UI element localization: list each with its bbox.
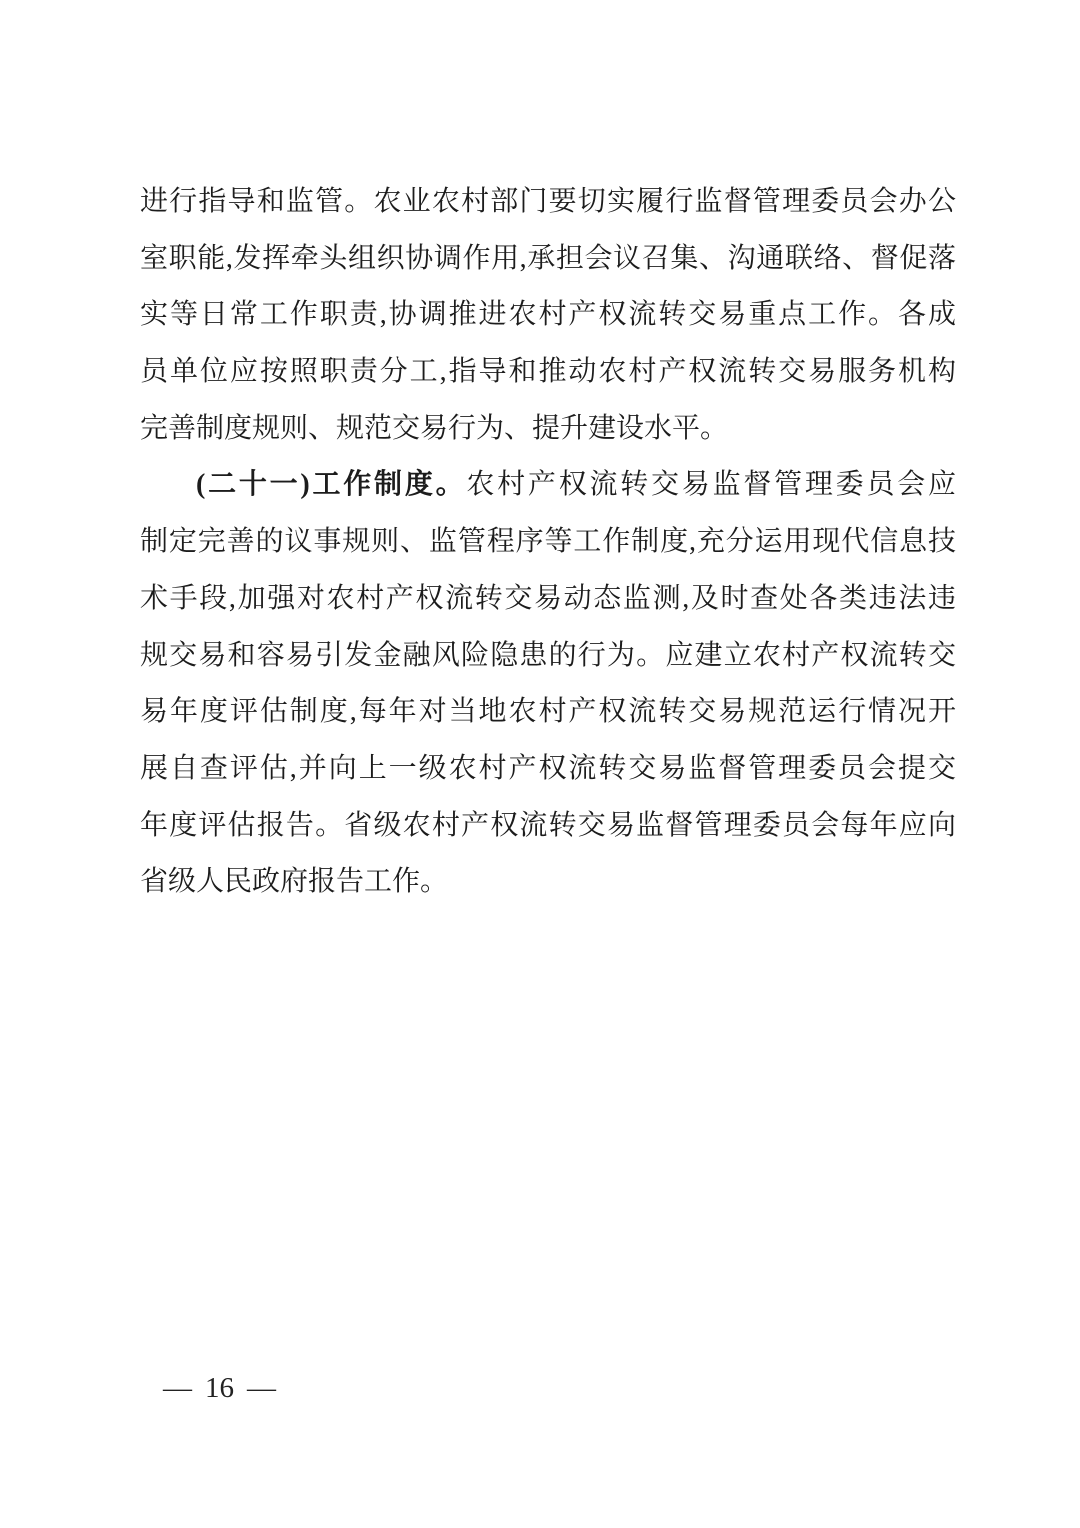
line-text: 进行指导和监管。农业农村部门要切实履行监督管理委员会办公 (140, 186, 956, 217)
line-text: 制定完善的议事规则、监管程序等工作制度,充分运用现代信息技 (140, 526, 956, 557)
line-text: 员单位应按照职责分工,指导和推动农村产权流转交易服务机构 (140, 356, 956, 387)
line-text: 规交易和容易引发金融风险隐患的行为。应建立农村产权流转交 (140, 640, 956, 671)
line-text: 年度评估报告。省级农村产权流转交易监督管理委员会每年应向 (140, 810, 956, 841)
line-text: 完善制度规则、规范交易行为、提升建设水平。 (140, 413, 728, 444)
text-line: 术手段,加强对农村产权流转交易动态监测,及时查处各类违法违 (140, 571, 956, 628)
text-line: 实等日常工作职责,协调推进农村产权流转交易重点工作。各成 (140, 287, 956, 344)
footer-left-dash: — (163, 1372, 192, 1405)
footer-right-dash: — (247, 1372, 276, 1405)
line-text: 农村产权流转交易监督管理委员会应 (466, 469, 956, 500)
page-number: 16 (205, 1372, 234, 1405)
text-line: 省级人民政府报告工作。 (140, 854, 956, 911)
text-line: (二十一)工作制度。农村产权流转交易监督管理委员会应 (140, 457, 956, 514)
line-text: 术手段,加强对农村产权流转交易动态监测,及时查处各类违法违 (140, 583, 956, 614)
line-text: 省级人民政府报告工作。 (140, 866, 448, 897)
text-line: 易年度评估制度,每年对当地农村产权流转交易规范运行情况开 (140, 684, 956, 741)
text-line: 制定完善的议事规则、监管程序等工作制度,充分运用现代信息技 (140, 514, 956, 571)
text-line: 室职能,发挥牵头组织协调作用,承担会议召集、沟通联络、督促落 (140, 231, 956, 288)
line-text: 室职能,发挥牵头组织协调作用,承担会议召集、沟通联络、督促落 (140, 243, 956, 274)
paragraph-lead-bold: (二十一)工作制度。 (196, 469, 466, 500)
text-line: 年度评估报告。省级农村产权流转交易监督管理委员会每年应向 (140, 798, 956, 855)
line-text: 实等日常工作职责,协调推进农村产权流转交易重点工作。各成 (140, 299, 956, 330)
document-page: 进行指导和监管。农业农村部门要切实履行监督管理委员会办公室职能,发挥牵头组织协调… (0, 0, 1080, 1528)
line-text: 展自查评估,并向上一级农村产权流转交易监督管理委员会提交 (140, 753, 956, 784)
text-line: 规交易和容易引发金融风险隐患的行为。应建立农村产权流转交 (140, 628, 956, 685)
text-line: 进行指导和监管。农业农村部门要切实履行监督管理委员会办公 (140, 174, 956, 231)
document-body: 进行指导和监管。农业农村部门要切实履行监督管理委员会办公室职能,发挥牵头组织协调… (140, 174, 956, 911)
text-line: 展自查评估,并向上一级农村产权流转交易监督管理委员会提交 (140, 741, 956, 798)
text-line: 完善制度规则、规范交易行为、提升建设水平。 (140, 401, 956, 458)
line-text: 易年度评估制度,每年对当地农村产权流转交易规范运行情况开 (140, 696, 956, 727)
text-line: 员单位应按照职责分工,指导和推动农村产权流转交易服务机构 (140, 344, 956, 401)
page-footer: — 16 — (163, 1372, 276, 1405)
